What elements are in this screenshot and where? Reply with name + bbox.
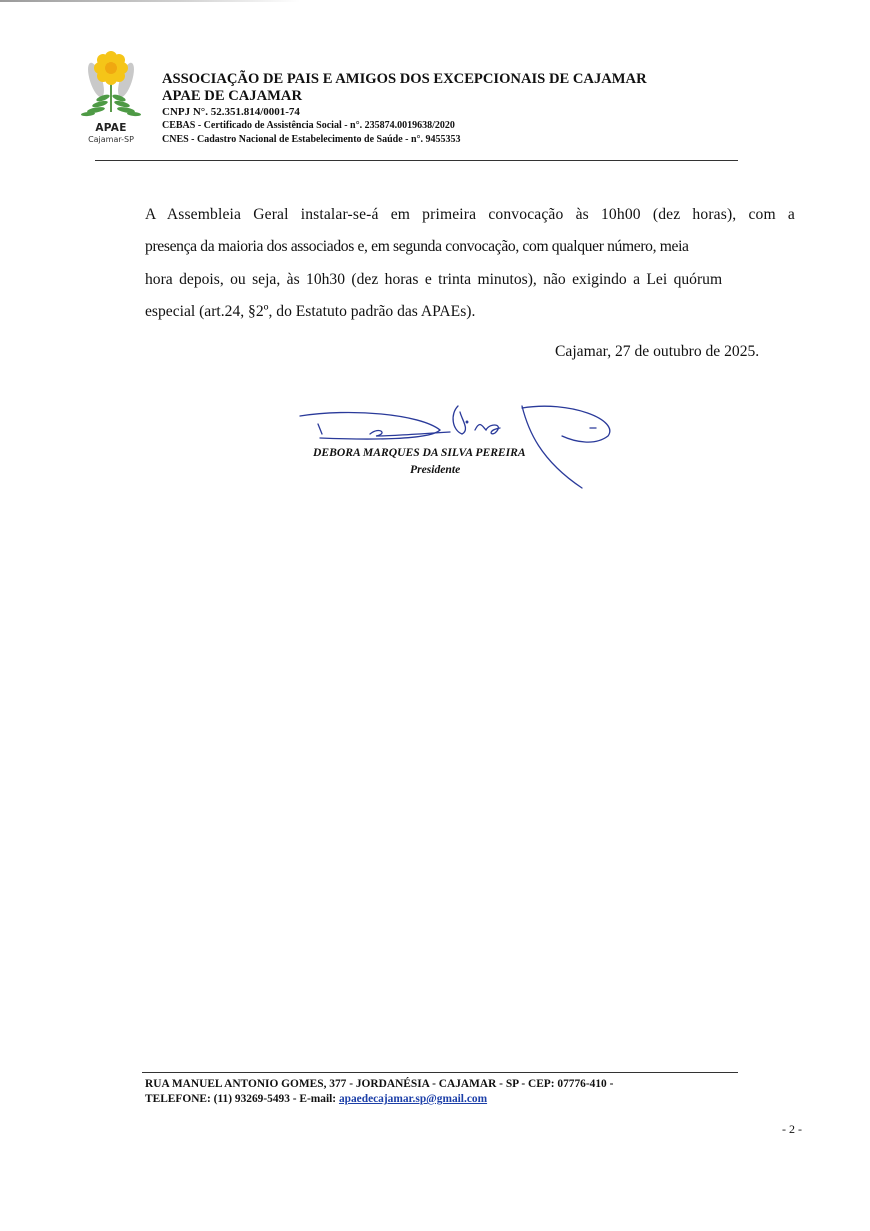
apae-logo: APAE Cajamar-SP [76,50,146,145]
cnpj: CNPJ N°. 52.351.814/0001-74 [162,106,300,118]
signatory-role: Presidente [410,463,460,476]
footer-phone: TELEFONE: (11) 93269-5493 - E-mail: [145,1093,339,1105]
org-name: ASSOCIAÇÃO DE PAIS E AMIGOS DOS EXCEPCIO… [162,71,647,88]
handwritten-signature [290,400,630,490]
scan-edge [0,0,300,2]
flower-logo-icon [76,50,146,122]
org-short-name: APAE DE CAJAMAR [162,88,302,105]
header-divider [95,160,738,161]
signatory-name: DEBORA MARQUES DA SILVA PEREIRA [313,446,526,459]
footer-contact: TELEFONE: (11) 93269-5493 - E-mail: apae… [145,1093,487,1105]
paragraph-line: especial (art.24, §2º, do Estatuto padrã… [145,296,795,328]
logo-title: APAE [76,122,146,134]
cnes: CNES - Cadastro Nacional de Estabelecime… [162,134,461,145]
footer-address: RUA MANUEL ANTONIO GOMES, 377 - JORDANÉS… [145,1078,613,1090]
logo-subtitle: Cajamar-SP [72,135,150,144]
body-paragraph: A Assembleia Geral instalar-se-á em prim… [145,199,795,329]
date-line: Cajamar, 27 de outubro de 2025. [555,343,759,361]
paragraph-line: presença da maioria dos associados e, em… [145,231,795,263]
email-link[interactable]: apaedecajamar.sp@gmail.com [339,1093,487,1105]
paragraph-line: hora depois, ou seja, às 10h30 (dez hora… [145,264,795,296]
footer-divider [142,1072,738,1073]
cebas: CEBAS - Certificado de Assistência Socia… [162,120,455,131]
paragraph-line: A Assembleia Geral instalar-se-á em prim… [145,199,795,231]
page-number: - 2 - [782,1122,802,1137]
